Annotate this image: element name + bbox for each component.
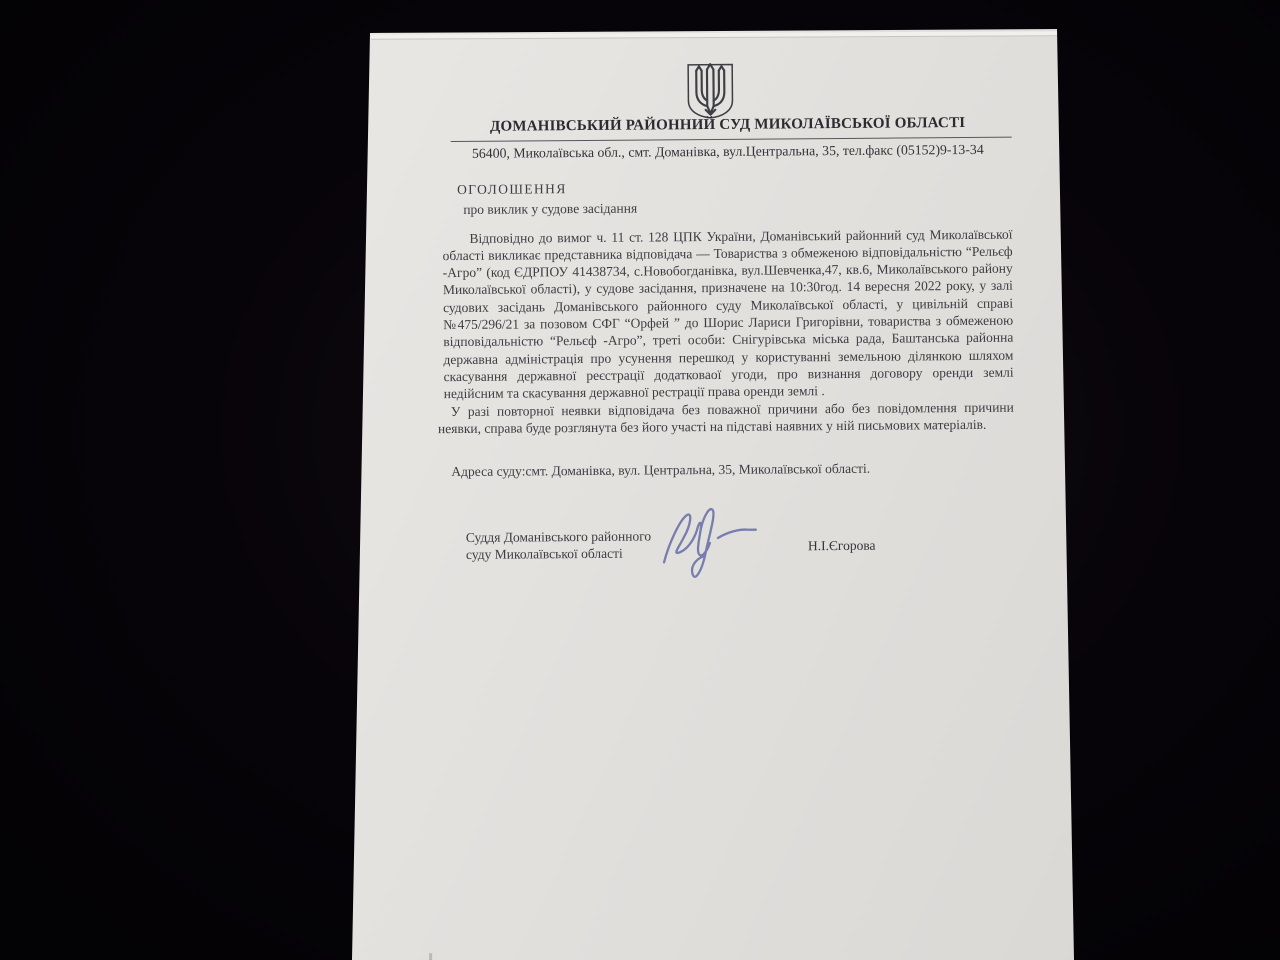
court-address-line: Адреса суду:смт. Доманівка, вул. Централ… [451,459,1014,481]
header-divider-rule [451,137,1012,142]
ukraine-trident-emblem-icon [685,62,735,120]
warning-paragraph: У разі повторної неявки відповідача без … [438,398,1014,437]
announcement-body: ОГОЛОШЕННЯ про виклик у судове засідання… [442,171,1014,481]
summons-paragraph: Відповідно до вимог ч. 11 ст. 128 ЦПК Ук… [442,225,1013,402]
judge-role-line-1: Суддя Доманівського районного [466,528,651,546]
paper-sheet: ДОМАНІВСЬКИЙ РАЙОННИЙ СУД МИКОЛАЇВСЬКОЇ … [0,0,1280,960]
judge-role-line-2: суду Миколаївської області [466,545,651,563]
court-announcement-document: ДОМАНІВСЬКИЙ РАЙОННИЙ СУД МИКОЛАЇВСЬКОЇ … [0,0,1280,960]
court-name-heading: ДОМАНІВСЬКИЙ РАЙОННИЙ СУД МИКОЛАЇВСЬКОЇ … [439,115,1017,137]
judge-signature-icon [650,497,791,593]
small-pen-mark [429,953,432,960]
photo-background: ДОМАНІВСЬКИЙ РАЙОННИЙ СУД МИКОЛАЇВСЬКОЇ … [0,0,1280,960]
announcement-subtitle: про виклик у судове засідання [463,197,1012,219]
judge-role-lines: Суддя Доманівського районного суду Микол… [466,528,652,562]
announcement-title: ОГОЛОШЕННЯ [457,177,1012,199]
court-contact-line: 56400, Миколаївська обл., смт. Доманівка… [429,142,1027,163]
judge-name: Н.І.Єгорова [808,538,876,555]
